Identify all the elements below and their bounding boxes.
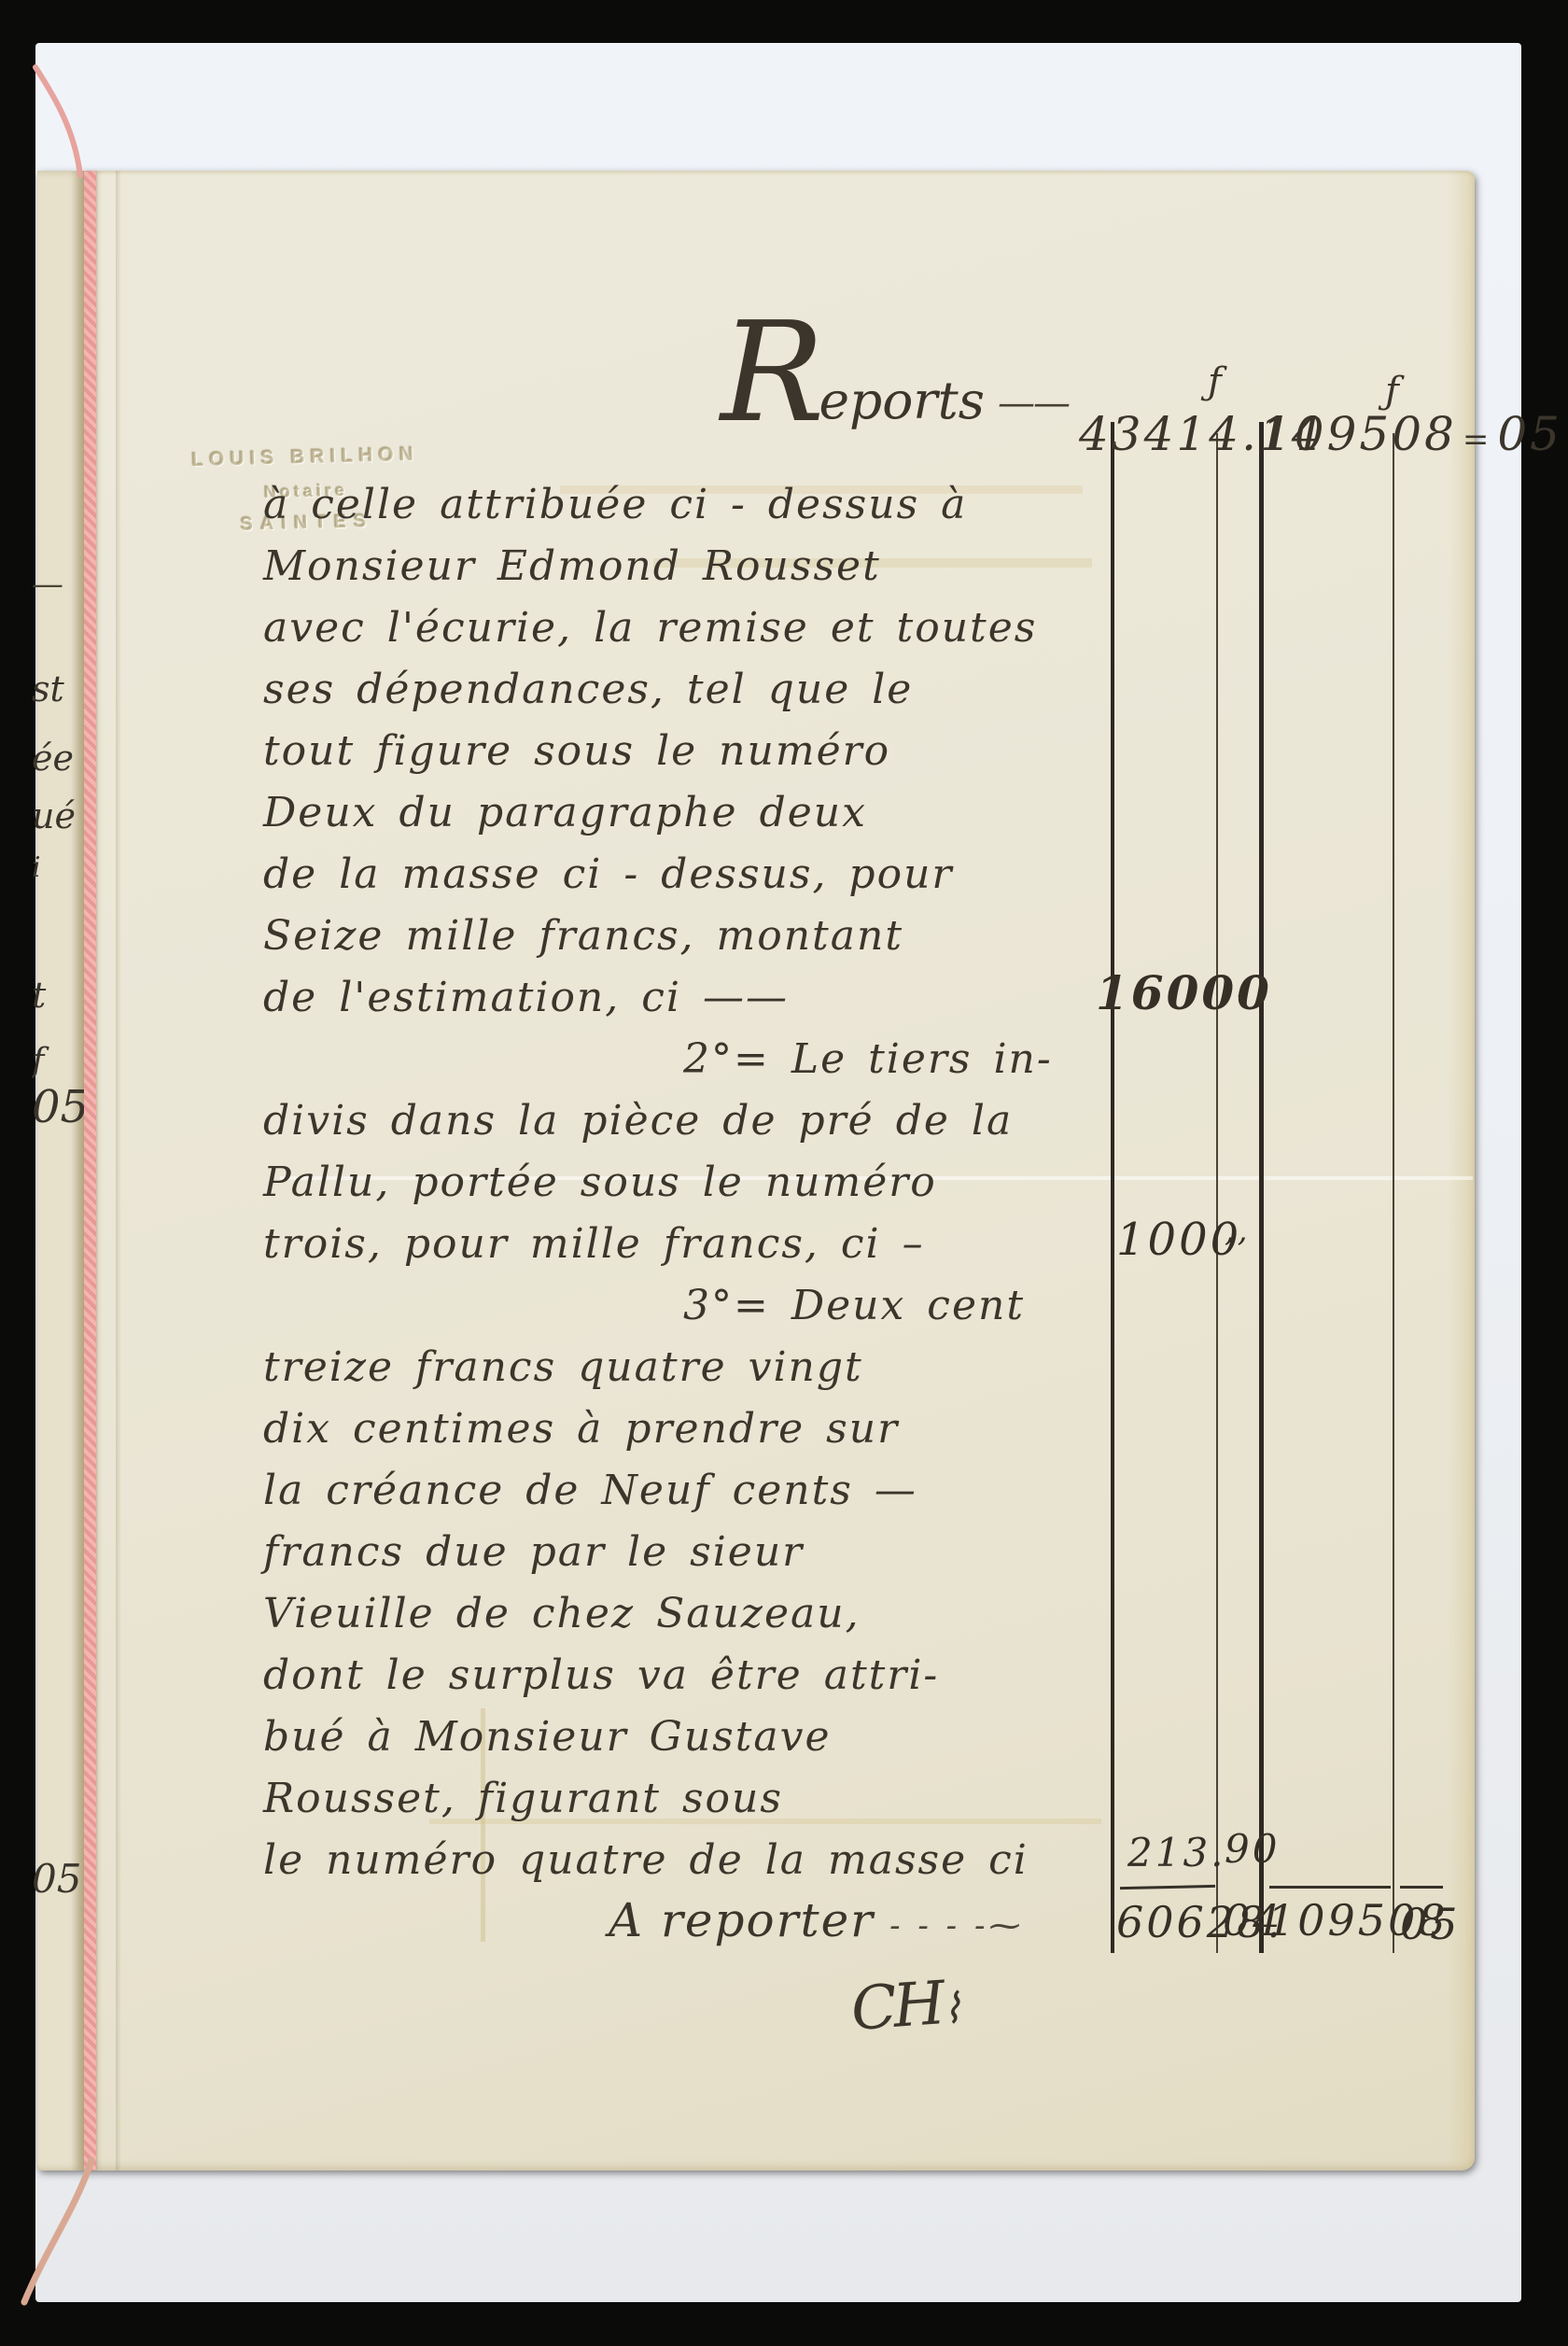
handwriting-line: de la masse ci - dessus, pour xyxy=(263,846,1099,907)
a-reporter-label: A reporter xyxy=(609,1893,875,1947)
total-underline-3 xyxy=(1400,1886,1443,1889)
col2-separator: = xyxy=(1463,421,1492,458)
binding-thread-bottom xyxy=(6,2153,127,2316)
fold-crease xyxy=(116,171,121,2170)
handwriting-line: Rousset, figurant sous xyxy=(263,1770,1099,1832)
amount-pre: 1000 xyxy=(1116,1214,1241,1266)
ledger-rule-3 xyxy=(1259,422,1264,1953)
reports-dash: —— xyxy=(998,379,1069,428)
handwriting-line: tout figure sous le numéro xyxy=(263,723,1099,784)
handwriting-line: Monsieur Edmond Rousset xyxy=(263,538,1099,599)
amount-estimation-centimes: ,, xyxy=(1225,963,1251,1001)
handwriting-line: francs due par le sieur xyxy=(263,1524,1099,1585)
scanned-notarial-document: { "colors": { "frame": "#0b0b0a", "mat":… xyxy=(0,0,1568,2346)
handwriting-line: Seize mille francs, montant xyxy=(263,907,1099,969)
handwriting-line: 2°= Le tiers in- xyxy=(263,1031,1099,1092)
handwriting-line: dix centimes à prendre sur xyxy=(263,1400,1099,1462)
reports-word: eports xyxy=(819,373,985,428)
reports-heading: R eports —— xyxy=(721,317,1069,428)
binding-thread-top xyxy=(24,63,99,181)
a-reporter-dashes: ‐ ‐ ‐ ‐⁓ xyxy=(889,1907,1024,1945)
ledger-rule-4 xyxy=(1393,433,1394,1953)
amount-pre-centimes: ,, xyxy=(1225,1212,1251,1249)
col1-francs: 43414 xyxy=(1079,407,1241,461)
ledger-rule-1 xyxy=(1111,422,1114,1953)
amount-item3: 213. xyxy=(1127,1830,1226,1875)
handwriting-line: Pallu, portée sous le numéro xyxy=(263,1154,1099,1215)
handwriting-line: dont le surplus va être attri- xyxy=(263,1647,1099,1708)
handwriting-line: trois, pour mille francs, ci – xyxy=(263,1215,1099,1277)
handwriting-line: à celle attribuée ci - dessus à xyxy=(263,476,1099,538)
total-underline-2 xyxy=(1269,1886,1391,1889)
handwriting-line: Vieuille de chez Sauzeau, xyxy=(263,1585,1099,1647)
handwriting-line: treize francs quatre vingt xyxy=(263,1339,1099,1400)
handwriting-line: avec l'écurie, la remise et toutes xyxy=(263,599,1099,661)
handwriting-line: de l'estimation, ci —— xyxy=(263,969,1099,1031)
col2-centimes: 05 xyxy=(1497,407,1562,461)
handwriting-line: divis dans la pièce de pré de la xyxy=(263,1092,1099,1154)
handwriting-line: 3°= Deux cent xyxy=(263,1277,1099,1339)
handwritten-body: à celle attribuée ci - dessus àMonsieur … xyxy=(263,476,1099,1893)
amount-item3-centimes: 90 xyxy=(1225,1826,1280,1872)
ledger-rule-2 xyxy=(1216,433,1218,1953)
franc-symbol-col1: ƒ xyxy=(1208,360,1222,403)
handwriting-line: ses dépendances, tel que le xyxy=(263,661,1099,723)
handwriting-line: Deux du paragraphe deux xyxy=(263,784,1099,846)
a-reporter-row: A reporter ‐ ‐ ‐ ‐⁓ xyxy=(609,1893,1024,1947)
col1-separator: . xyxy=(1241,407,1259,461)
paraph-letters: CH xyxy=(849,1969,945,2044)
binding-ribbon xyxy=(84,171,96,2170)
total-col2-centimes: 05 xyxy=(1400,1899,1461,1949)
carried-forward-col2: 109508=05 xyxy=(1262,407,1562,461)
col2-francs: 109508 xyxy=(1262,407,1457,461)
handwriting-line: bué à Monsieur Gustave xyxy=(263,1708,1099,1770)
handwriting-line: le numéro quatre de la masse ci xyxy=(263,1832,1099,1893)
signature-paraph: CH⌇ xyxy=(849,1968,964,2044)
paraph-flourish: ⌇ xyxy=(940,1985,963,2033)
reports-initial: R xyxy=(721,317,824,428)
handwriting-line: la créance de Neuf cents — xyxy=(263,1462,1099,1524)
